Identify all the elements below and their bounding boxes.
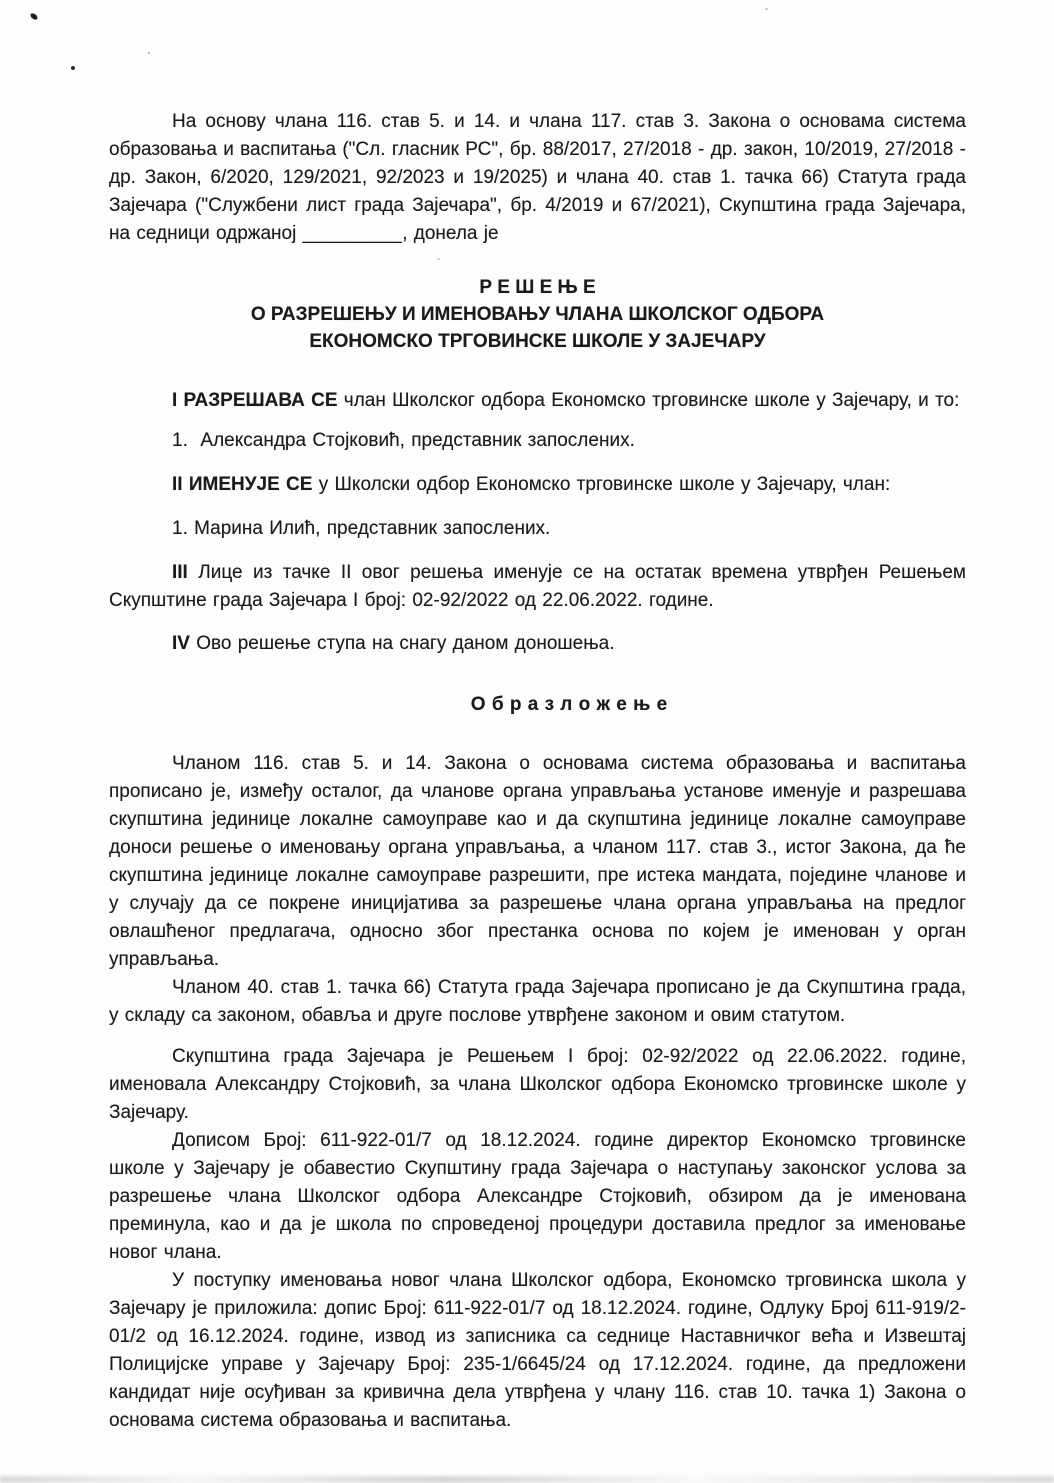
section-i-label: I РАЗРЕШАВА СЕ xyxy=(172,390,338,411)
appointed-member-item: 1. Марина Илић, представник запослених. xyxy=(109,515,966,543)
title-institution: ЕКОНОМСКО ТРГОВИНСКЕ ШКОЛЕ У ЗАЈЕЧАРУ xyxy=(109,328,966,355)
scan-speck xyxy=(148,52,150,54)
section-iii-text: Лице из тачке II овог решења именује се … xyxy=(109,562,966,611)
scan-speck xyxy=(765,8,768,10)
rationale-paragraph-1: Чланом 116. став 5. и 14. Закона о основ… xyxy=(109,750,966,974)
rationale-paragraph-5: У поступку именовања новог члана Школско… xyxy=(109,1267,966,1435)
section-ii-text: у Школски одбор Економско трговинске шко… xyxy=(312,474,890,495)
title-main: Р Е Ш Е Њ Е xyxy=(109,274,966,301)
document-content: На основу члана 116. став 5. и 14. и чла… xyxy=(109,108,966,1435)
scanned-document-page: На основу члана 116. став 5. и 14. и чла… xyxy=(0,0,1054,1483)
section-iv-label: IV xyxy=(172,633,190,654)
session-date-blank-line: _________ xyxy=(303,223,403,244)
section-iv-paragraph: IV Ово решење ступа на снагу даном донош… xyxy=(109,630,966,658)
section-iii-paragraph: III Лице из тачке II овог решења именује… xyxy=(109,559,966,615)
scan-edge-shadow xyxy=(0,1476,1054,1483)
title-subject: О РАЗРЕШЕЊУ И ИМЕНОВАЊУ ЧЛАНА ШКОЛСКОГ О… xyxy=(109,301,966,328)
rationale-paragraph-2: Чланом 40. став 1. тачка 66) Статута гра… xyxy=(109,974,966,1030)
document-title: Р Е Ш Е Њ Е О РАЗРЕШЕЊУ И ИМЕНОВАЊУ ЧЛАН… xyxy=(109,274,966,355)
section-iv-text: Ово решење ступа на снагу даном доношења… xyxy=(190,633,615,654)
rationale-paragraph-4: Дописом Број: 611-922-01/7 од 18.12.2024… xyxy=(109,1127,966,1267)
dismissed-member-item: 1. Александра Стојковић, представник зап… xyxy=(109,427,966,455)
preamble-paragraph: На основу члана 116. став 5. и 14. и чла… xyxy=(109,108,966,248)
section-iii-label: III xyxy=(172,562,188,583)
section-i-text: члан Школског одбора Економско трговинск… xyxy=(338,390,960,411)
scan-speck xyxy=(29,12,38,21)
scan-speck xyxy=(71,66,75,70)
preamble-text: На основу члана 116. став 5. и 14. и чла… xyxy=(109,111,966,244)
section-i-paragraph: I РАЗРЕШАВА СЕ члан Школског одбора Екон… xyxy=(109,387,966,415)
rationale-heading: О б р а з л о ж е њ е xyxy=(109,691,966,719)
section-ii-label: II ИМЕНУЈЕ СЕ xyxy=(172,474,312,495)
preamble-text-after-blank: , донела је xyxy=(402,223,498,244)
rationale-paragraph-3: Скупштина града Зајечара је Решењем I бр… xyxy=(109,1043,966,1127)
section-ii-paragraph: II ИМЕНУЈЕ СЕ у Школски одбор Економско … xyxy=(109,471,966,499)
